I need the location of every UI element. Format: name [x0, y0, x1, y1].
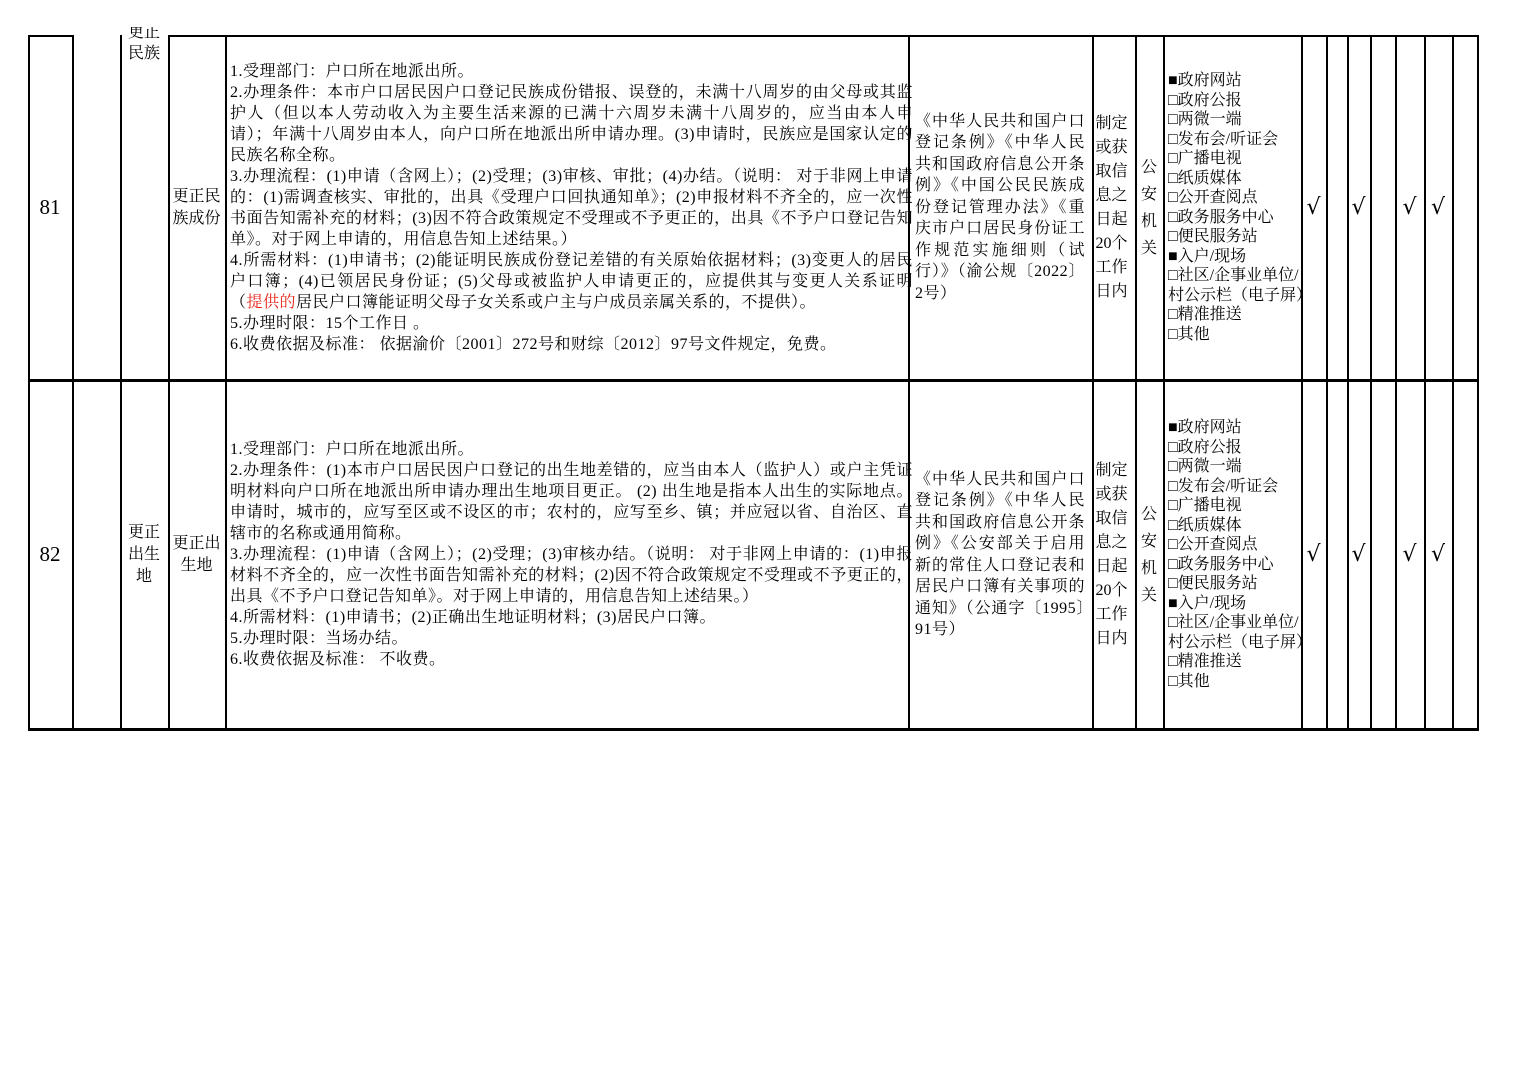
channel-item: □广播电视	[1168, 149, 1306, 169]
channel-label: 政府网站	[1178, 419, 1242, 436]
channel-label: 入户/现场	[1178, 248, 1246, 265]
row-81-category-cell: 更正民族	[120, 22, 168, 64]
row-81-parent-category-cell	[72, 35, 120, 380]
row-81-mark-cell-4	[1370, 35, 1395, 380]
row-82-mark-cell-7	[1452, 380, 1477, 729]
grid-line	[1135, 35, 1137, 731]
item-label: 更正出生地	[172, 533, 222, 577]
highlighted-text: 提供的	[247, 294, 297, 311]
grid-line	[28, 728, 1479, 731]
channel-item: □便民服务站	[1168, 227, 1306, 247]
row-82-agency-cell: 公安机关	[1135, 380, 1163, 729]
grid-line	[28, 35, 74, 37]
check-mark: √	[1306, 195, 1320, 220]
checkbox-icon: □	[1168, 228, 1178, 245]
row-81-number-cell: 81	[28, 35, 72, 380]
channel-label: 公开查阅点	[1178, 189, 1258, 206]
grid-line	[72, 35, 74, 731]
checkbox-icon: □	[1168, 478, 1178, 495]
category-label: 更正出生地	[127, 522, 161, 588]
row-81-legal-basis-cell: 《中华人民共和国户口登记条例》《中华人民共和国政府信息公开条例》《中国公民民族成…	[908, 35, 1092, 380]
channel-item: □两微一端	[1168, 457, 1306, 477]
row-82-mark-cell-6: √	[1424, 380, 1452, 729]
description-item: 5.办理时限：当场办结。	[230, 628, 913, 649]
time-limit-text: 制定或获取信息之日起20个工作日内	[1096, 112, 1132, 304]
checkbox-icon: □	[1168, 556, 1178, 573]
grid-line	[1092, 35, 1094, 731]
grid-line	[28, 379, 1479, 382]
row-82-mark-cell-5: √	[1395, 380, 1424, 729]
row-81-mark-cell-3: √	[1347, 35, 1370, 380]
grid-line	[1326, 35, 1328, 731]
row-81-mark-cell-1: √	[1301, 35, 1326, 380]
channel-item: □政务服务中心	[1168, 208, 1306, 228]
channel-item: ■政府网站	[1168, 418, 1306, 438]
check-mark: √	[1351, 542, 1365, 567]
channel-label: 两微一端	[1178, 111, 1242, 128]
check-mark: √	[1351, 195, 1365, 220]
grid-line	[225, 35, 227, 731]
checkbox-icon: □	[1168, 575, 1178, 592]
description-item: 4.所需材料：(1)申请书；(2)正确出生地证明材料；(3)居民户口簿。	[230, 607, 913, 628]
checkbox-icon: □	[1168, 189, 1178, 206]
category-label: 更正民族	[127, 22, 161, 64]
description-item: 1.受理部门：户口所在地派出所。	[230, 61, 913, 82]
row-81-agency-cell: 公安机关	[1135, 35, 1163, 380]
time-limit-text: 制定或获取信息之日起20个工作日内	[1096, 459, 1132, 651]
channel-item: ■入户/现场	[1168, 594, 1306, 614]
grid-line	[28, 35, 30, 731]
channel-label: 政府公报	[1178, 92, 1242, 109]
legal-basis-text: 《中华人民共和国户口登记条例》《中华人民共和国政府信息公开条例》《公安部关于启用…	[915, 469, 1085, 641]
grid-line	[1163, 35, 1165, 731]
grid-line	[168, 35, 1479, 37]
channel-item: □其他	[1168, 672, 1306, 692]
channel-item: □公开查阅点	[1168, 188, 1306, 208]
channel-item: □其他	[1168, 325, 1306, 345]
checkbox-icon: □	[1168, 170, 1178, 187]
check-mark: √	[1431, 542, 1445, 567]
grid-line	[1477, 35, 1479, 731]
checkbox-icon: □	[1168, 150, 1178, 167]
channel-label: 公开查阅点	[1178, 536, 1258, 553]
channel-label: 精准推送	[1178, 653, 1242, 670]
row-82-time-limit-cell: 制定或获取信息之日起20个工作日内	[1092, 380, 1135, 729]
channel-label: 其他	[1178, 673, 1210, 690]
grid-line	[1452, 35, 1454, 731]
channel-item: □纸质媒体	[1168, 169, 1306, 189]
agency-text: 公安机关	[1140, 501, 1158, 609]
channel-label: 政务服务中心	[1178, 209, 1274, 226]
description-item: 4.所需材料：(1)申请书；(2)能证明民族成份登记差错的有关原始依据材料；(3…	[230, 250, 913, 313]
checkbox-icon: ■	[1168, 419, 1178, 436]
description-item: 6.收费依据及标准： 不收费。	[230, 649, 913, 670]
channel-item: □精准推送	[1168, 652, 1306, 672]
checkbox-icon: □	[1168, 209, 1178, 226]
item-label: 更正民族成份	[172, 186, 222, 230]
grid-line	[120, 35, 122, 731]
row-82-legal-basis-cell: 《中华人民共和国户口登记条例》《中华人民共和国政府信息公开条例》《公安部关于启用…	[908, 380, 1092, 729]
agency-text: 公安机关	[1140, 154, 1158, 262]
checkbox-icon: □	[1168, 92, 1178, 109]
row-81-mark-cell-5: √	[1395, 35, 1424, 380]
checkbox-icon: □	[1168, 131, 1178, 148]
document-page: { "table": { "colors": { "highlight_red"…	[0, 0, 1520, 1074]
checkbox-icon: ■	[1168, 595, 1178, 612]
checkbox-icon: □	[1168, 439, 1178, 456]
checkbox-icon: □	[1168, 326, 1178, 343]
channel-label: 发布会/听证会	[1178, 131, 1278, 148]
channel-label: 纸质媒体	[1178, 170, 1242, 187]
row-81-item-cell: 更正民族成份	[168, 35, 225, 380]
channel-item: □社区/企事业单位/村公示栏（电子屏）	[1168, 266, 1306, 305]
channel-label: 广播电视	[1178, 497, 1242, 514]
row-82-category-cell: 更正出生地	[120, 380, 168, 729]
channel-label: 便民服务站	[1178, 575, 1258, 592]
checkbox-icon: □	[1168, 673, 1178, 690]
row-82-description-cell: 1.受理部门：户口所在地派出所。 2.办理条件：(1)本市户口居民因户口登记的出…	[225, 380, 918, 729]
checkbox-icon: ■	[1168, 72, 1178, 89]
description-item: 3.办理流程：(1)申请（含网上）；(2)受理；(3)审核办结。（说明： 对于非…	[230, 544, 913, 607]
channel-label: 政务服务中心	[1178, 556, 1274, 573]
channel-item: □两微一端	[1168, 110, 1306, 130]
channel-label: 发布会/听证会	[1178, 478, 1278, 495]
checkbox-icon: □	[1168, 306, 1178, 323]
check-mark: √	[1306, 542, 1320, 567]
check-mark: √	[1402, 195, 1416, 220]
channel-item: □政务服务中心	[1168, 555, 1306, 575]
channel-item: □广播电视	[1168, 496, 1306, 516]
row-81-mark-cell-6: √	[1424, 35, 1452, 380]
grid-line	[1395, 35, 1397, 731]
checkbox-icon: □	[1168, 497, 1178, 514]
channel-item: □政府公报	[1168, 438, 1306, 458]
row-81-channels-cell: ■政府网站 □政府公报 □两微一端 □发布会/听证会 □广播电视 □纸质媒体 □…	[1163, 35, 1308, 380]
row-81-mark-cell-2	[1326, 35, 1347, 380]
description-item: 6.收费依据及标准： 依据渝价〔2001〕272号和财综〔2012〕97号文件规…	[230, 334, 913, 355]
grid-line	[1301, 35, 1303, 731]
channel-item: □政府公报	[1168, 91, 1306, 111]
checkbox-icon: □	[1168, 653, 1178, 670]
channel-label: 入户/现场	[1178, 595, 1246, 612]
channel-item: □便民服务站	[1168, 574, 1306, 594]
row-82-mark-cell-2	[1326, 380, 1347, 729]
channel-label: 精准推送	[1178, 306, 1242, 323]
row-81-mark-cell-7	[1452, 35, 1477, 380]
row-82-mark-cell-3: √	[1347, 380, 1370, 729]
legal-basis-text: 《中华人民共和国户口登记条例》《中华人民共和国政府信息公开条例》《中国公民民族成…	[915, 111, 1085, 305]
channel-item: □发布会/听证会	[1168, 477, 1306, 497]
channel-label: 便民服务站	[1178, 228, 1258, 245]
row-81-description-cell: 1.受理部门：户口所在地派出所。 2.办理条件：本市户口居民因户口登记民族成份错…	[225, 35, 918, 380]
page-crop-mask	[0, 0, 1520, 27]
grid-line	[1347, 35, 1349, 731]
checkbox-icon: □	[1168, 614, 1178, 631]
channel-item: □纸质媒体	[1168, 516, 1306, 536]
channel-label: 社区/企事业单位/村公示栏（电子屏）	[1168, 614, 1312, 651]
row-82-parent-category-cell	[72, 380, 120, 729]
checkbox-icon: □	[1168, 536, 1178, 553]
description-item: 1.受理部门：户口所在地派出所。	[230, 439, 913, 460]
description-item: 2.办理条件：本市户口居民因户口登记民族成份错报、误登的，未满十八周岁的由父母或…	[230, 82, 913, 166]
checkbox-icon: ■	[1168, 248, 1178, 265]
checkbox-icon: □	[1168, 458, 1178, 475]
check-mark: √	[1431, 195, 1445, 220]
description-item: 5.办理时限：15个工作日 。	[230, 313, 913, 334]
channel-label: 其他	[1178, 326, 1210, 343]
grid-line	[1370, 35, 1372, 731]
row-number: 82	[40, 542, 61, 567]
channel-item: □公开查阅点	[1168, 535, 1306, 555]
description-item: 3.办理流程：(1)申请（含网上）；(2)受理；(3)审核、审批；(4)办结。（…	[230, 166, 913, 250]
description-item: 2.办理条件：(1)本市户口居民因户口登记的出生地差错的，应当由本人（监护人）或…	[230, 460, 913, 544]
grid-line	[908, 35, 910, 731]
channel-item: ■入户/现场	[1168, 247, 1306, 267]
row-82-mark-cell-4	[1370, 380, 1395, 729]
channel-item: □发布会/听证会	[1168, 130, 1306, 150]
checkbox-icon: □	[1168, 517, 1178, 534]
row-81-time-limit-cell: 制定或获取信息之日起20个工作日内	[1092, 35, 1135, 380]
row-82-channels-cell: ■政府网站 □政府公报 □两微一端 □发布会/听证会 □广播电视 □纸质媒体 □…	[1163, 380, 1308, 729]
grid-line	[168, 35, 170, 731]
channel-item: □精准推送	[1168, 305, 1306, 325]
channel-label: 社区/企事业单位/村公示栏（电子屏）	[1168, 267, 1312, 304]
row-82-number-cell: 82	[28, 380, 72, 729]
row-82-mark-cell-1: √	[1301, 380, 1326, 729]
channel-label: 政府网站	[1178, 72, 1242, 89]
channel-label: 两微一端	[1178, 458, 1242, 475]
check-mark: √	[1402, 542, 1416, 567]
channel-label: 纸质媒体	[1178, 517, 1242, 534]
channel-item: ■政府网站	[1168, 71, 1306, 91]
grid-line	[1424, 35, 1426, 731]
row-82-item-cell: 更正出生地	[168, 380, 225, 729]
channel-label: 政府公报	[1178, 439, 1242, 456]
row-number: 81	[40, 195, 61, 220]
checkbox-icon: □	[1168, 111, 1178, 128]
channel-item: □社区/企事业单位/村公示栏（电子屏）	[1168, 613, 1306, 652]
checkbox-icon: □	[1168, 267, 1178, 284]
channel-label: 广播电视	[1178, 150, 1242, 167]
